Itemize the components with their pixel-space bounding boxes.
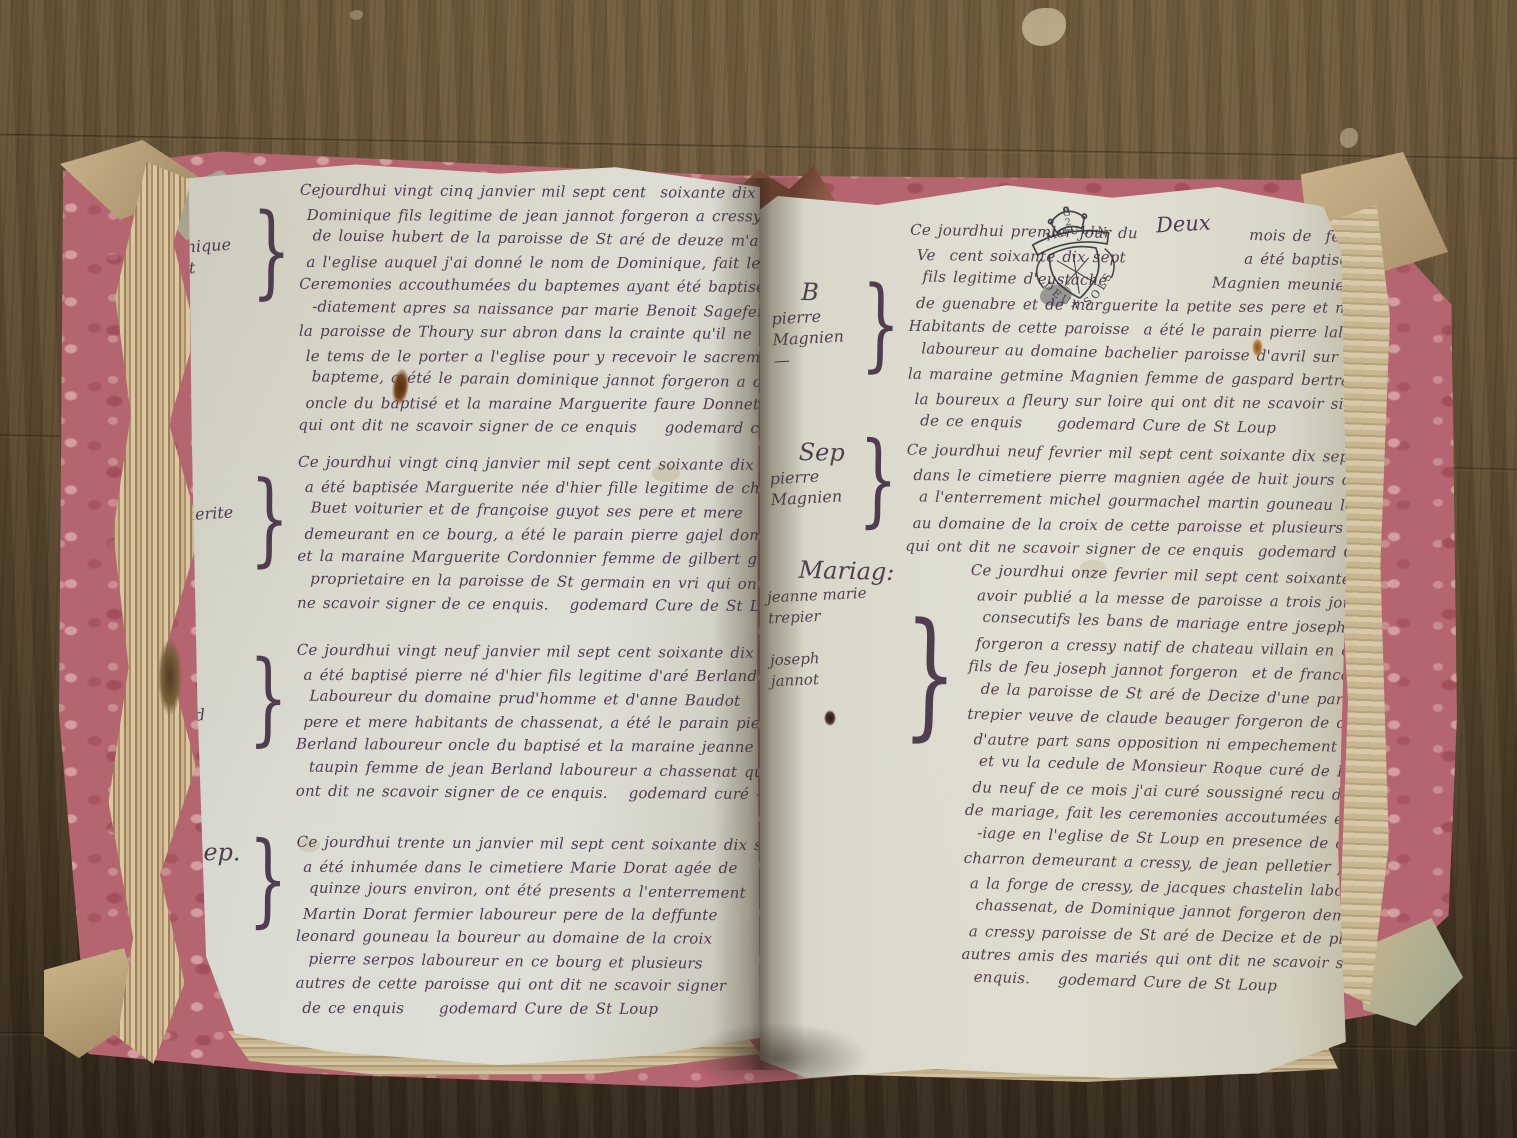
foxing-stain [298, 838, 320, 852]
register-entry: Bpierre Berland}Ce jourdhui vingt neuf j… [140, 638, 741, 807]
rust-speck-stain [1252, 338, 1263, 357]
fold-shadow [688, 1022, 868, 1094]
margin-brace: } [858, 431, 899, 525]
register-entry: Seppierre Magnien}Ce jourdhui neuf fevri… [769, 436, 1346, 565]
register-entry: BSep.Marie Dorat}Ce jourdhui trente un j… [138, 830, 739, 1022]
margin-brace: } [902, 544, 960, 738]
frayed-edge-crevice [158, 638, 182, 716]
left-page-text: BDominique jannot}Cejourdhui vingt cinq … [180, 158, 763, 1067]
margin-brace: } [860, 206, 902, 369]
svg-text:SOLS: SOLS [1077, 267, 1121, 310]
ink-drop-stain [824, 710, 836, 726]
page-number-word: Deux [1155, 211, 1211, 238]
register-entry: Mariag:jeanne marie trepier joseph janno… [760, 553, 1345, 999]
gutter-shadow [713, 178, 805, 1070]
margin-brace: } [252, 170, 292, 296]
stamp-value-right: SOLS [1077, 267, 1121, 310]
photo-of-parish-register: BDominique jannot}Cejourdhui vingt cinq … [0, 0, 1517, 1138]
register-entry: BDominique jannot}Cejourdhui vingt cinq … [142, 178, 744, 441]
foxing-stain [1080, 560, 1106, 576]
margin-brace: } [250, 443, 290, 564]
margin-brace: } [248, 631, 288, 743]
margin-brace: } [248, 824, 288, 925]
foxing-stain [652, 464, 680, 482]
margin-initial: Sep [799, 438, 845, 467]
tax-stamp-moulins-deux-sols: G 2 MOULINS DEUX SOLS [996, 186, 1152, 334]
left-page: BDominique jannot}Cejourdhui vingt cinq … [183, 160, 760, 1065]
